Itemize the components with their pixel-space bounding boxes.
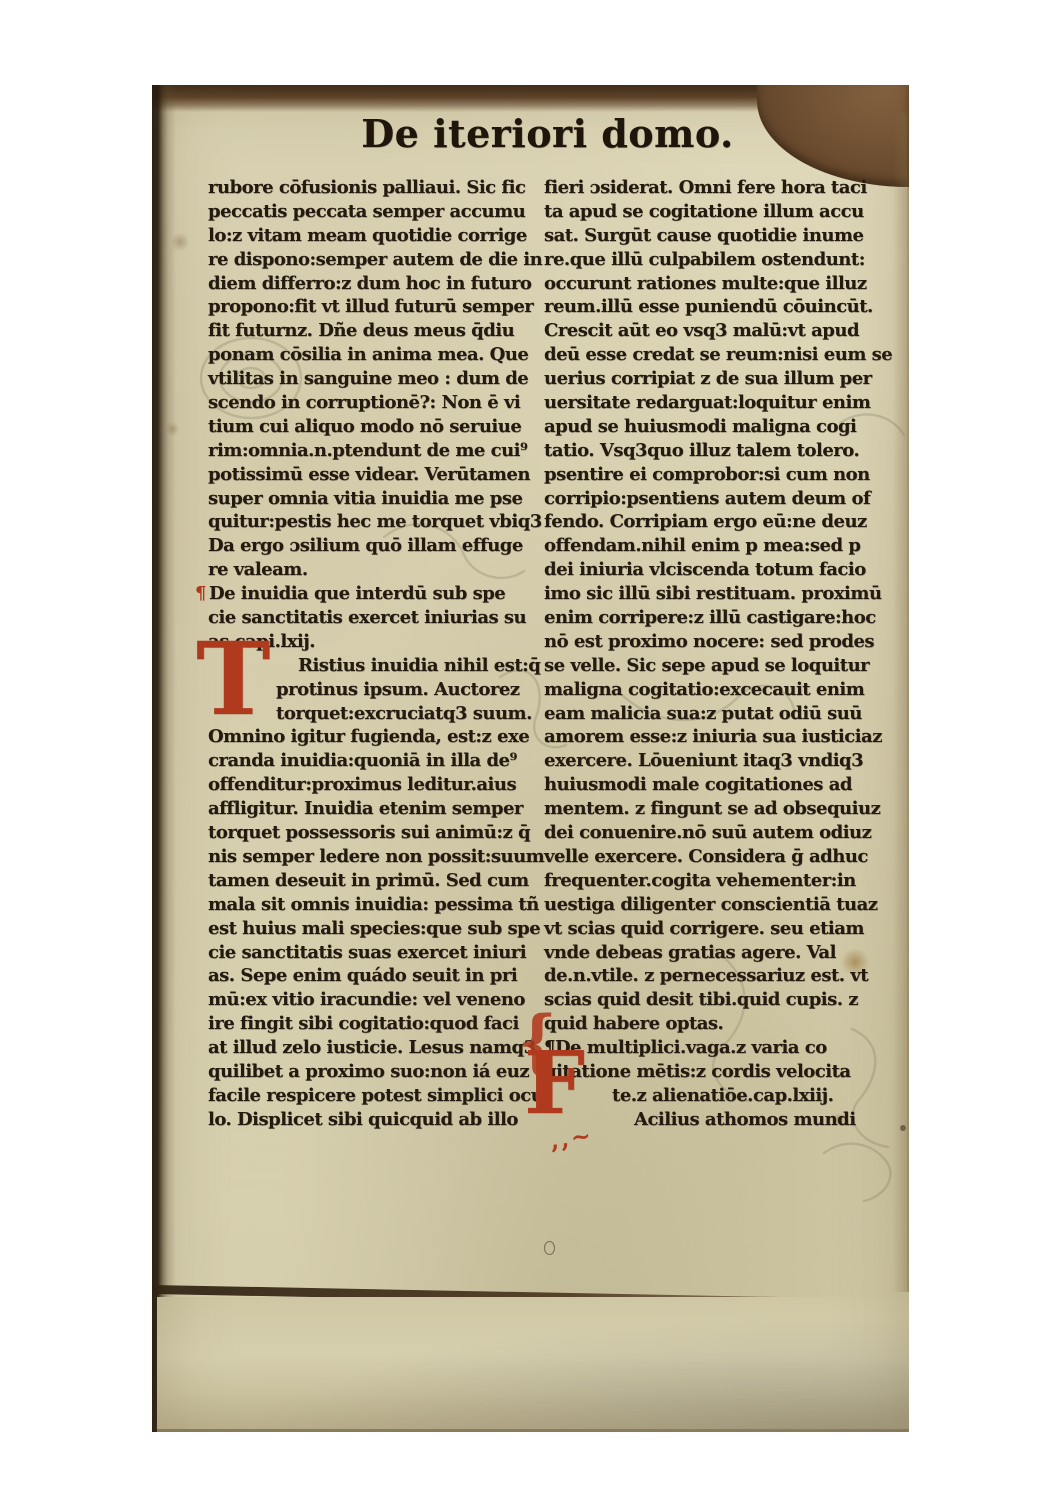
text-line: lo. Displicet sibi quicquid ab illo bbox=[208, 1108, 543, 1132]
text-line: psentire ei comprobor:si cum non bbox=[544, 463, 889, 487]
text-line: corripio:psentiens autem deum of bbox=[544, 487, 889, 511]
text-line: ire fingit sibi cogitatio:quod faci bbox=[208, 1012, 543, 1036]
text-line: peccatis peccata semper accumu bbox=[208, 200, 543, 224]
text-line: scias quid desit tibi.quid cupis. z bbox=[544, 988, 889, 1012]
text-line: diem differro:z dum hoc in futuro bbox=[208, 272, 543, 296]
text-line: Da ergo ɔsilium quō illam effuge bbox=[208, 534, 543, 558]
text-line: rim:omnia.n.ptendunt de me cui⁹ bbox=[208, 439, 543, 463]
text-line: eam malicia sua:z putat odiū suū bbox=[544, 702, 889, 726]
text-line: deū esse credat se reum:nisi eum se bbox=[544, 343, 889, 367]
text-line: vtilitas in sanguine meo : dum de bbox=[208, 367, 543, 391]
text-line: uersitate redarguat:loquitur enim bbox=[544, 391, 889, 415]
right-text-column: fieri ɔsiderat. Omni fere hora tacita ap… bbox=[544, 176, 889, 1132]
text-line: torquet possessoris sui animū:z q̄ bbox=[208, 821, 543, 845]
gutter-shadow bbox=[152, 85, 176, 1432]
text-line: exercere. Lōueniunt itaq3 vndiq3 bbox=[544, 749, 889, 773]
initial-flourish: ,,~ bbox=[548, 1120, 594, 1155]
text-line: ¶De inuidia que interdū sub spe bbox=[195, 582, 543, 606]
text-line: Crescit aūt eo vsq3 malū:vt apud bbox=[544, 319, 889, 343]
text-line: ¶De multiplici.vaga.z varia co bbox=[544, 1036, 889, 1060]
text-line: vnde debeas gratias agere. Val bbox=[544, 941, 889, 965]
text-line: ponam cōsilia in anima mea. Que bbox=[208, 343, 543, 367]
text-line: cie sanctitatis suas exercet iniuri bbox=[208, 941, 543, 965]
text-line: lo:z vitam meam quotidie corrige bbox=[208, 224, 543, 248]
text-line: reum.illū esse puniendū cōuincūt. bbox=[544, 295, 889, 319]
text-line: fendo. Corripiam ergo eū:ne deuz bbox=[544, 510, 889, 534]
text-line: quid habere optas. bbox=[544, 1012, 889, 1036]
text-line: fit futurnz. Dñe deus meus q̄diu bbox=[208, 319, 543, 343]
text-line: gitatione mētis:z cordis velocita bbox=[544, 1060, 889, 1084]
text-line: nō est proximo nocere: sed prodes bbox=[544, 630, 889, 654]
rubric-margin-brace: { bbox=[518, 1005, 557, 1079]
text-line: facile respicere potest simplici ocu bbox=[208, 1084, 543, 1108]
text-line: frequenter.cogita vehementer:in bbox=[544, 869, 889, 893]
text-line: rubore cōfusionis palliaui. Sic fic bbox=[208, 176, 543, 200]
text-line: offenditur:proximus leditur.aius bbox=[208, 773, 543, 797]
text-line: as. Sepe enim quádo seuit in pri bbox=[208, 964, 543, 988]
text-line: quitur:pestis hec me torquet vbiq3 bbox=[208, 510, 543, 534]
text-line: dei iniuria vlciscenda totum facio bbox=[544, 558, 889, 582]
text-line: tamen deseuit in primū. Sed cum bbox=[208, 869, 543, 893]
text-line: huiusmodi male cogitationes ad bbox=[544, 773, 889, 797]
text-line: imo sic illū sibi restituam. proximū bbox=[544, 582, 889, 606]
text-line: velle exercere. Considera ḡ adhuc bbox=[544, 845, 889, 869]
fore-edge-shadow bbox=[893, 113, 909, 1292]
text-line: affligitur. Inuidia etenim semper bbox=[208, 797, 543, 821]
text-line: est huius mali species:que sub spe bbox=[208, 917, 543, 941]
text-line: apud se huiusmodi maligna cogi bbox=[544, 415, 889, 439]
text-line: Acilius athomos mundi bbox=[544, 1108, 889, 1132]
text-line: propono:fit vt illud futurū semper bbox=[208, 295, 543, 319]
small-circle-mark bbox=[544, 1241, 555, 1255]
text-line: enim corripere:z illū castigare:hoc bbox=[544, 606, 889, 630]
running-title: De iteriori domo. bbox=[152, 111, 909, 156]
rubric-pilcrow: ¶ bbox=[195, 583, 206, 604]
text-line: vt scias quid corrigere. seu etiam bbox=[544, 917, 889, 941]
text-line: sat. Surgūt cause quotidie inume bbox=[544, 224, 889, 248]
text-line: offendam.nihil enim p mea:sed p bbox=[544, 534, 889, 558]
text-line: de.n.vtile. z pernecessariuz est. vt bbox=[544, 964, 889, 988]
text-line: quilibet a proximo suo:non iá euz bbox=[208, 1060, 543, 1084]
rubricated-initial-T: T bbox=[196, 638, 270, 720]
text-line: tatio. Vsq3quo illuz talem tolero. bbox=[544, 439, 889, 463]
text-line: amorem esse:z iniuria sua iusticiaz bbox=[544, 725, 889, 749]
text-line: maligna cogitatio:excecauit enim bbox=[544, 678, 889, 702]
text-line: cranda inuidia:quoniā in illa de⁹ bbox=[208, 749, 543, 773]
text-line: te.z alienatiōe.cap.lxiij. bbox=[544, 1084, 889, 1108]
text-line: super omnia vitia inuidia me pse bbox=[208, 487, 543, 511]
text-line: fieri ɔsiderat. Omni fere hora taci bbox=[544, 176, 889, 200]
text-line: se velle. Sic sepe apud se loquitur bbox=[544, 654, 889, 678]
text-line: ta apud se cogitatione illum accu bbox=[544, 200, 889, 224]
underlying-page-edges bbox=[157, 1297, 909, 1432]
text-line: at illud zelo iusticie. Lesus namq3 bbox=[208, 1036, 543, 1060]
text-line: re dispono:semper autem de die in bbox=[208, 248, 543, 272]
text-line: re valeam. bbox=[208, 558, 543, 582]
book-page-photo: De iteriori domo. rubore cōfusionis pall… bbox=[152, 85, 909, 1432]
text-line: dei conuenire.nō suū autem odiuz bbox=[544, 821, 889, 845]
text-line: uestiga diligenter conscientiā tuaz bbox=[544, 893, 889, 917]
text-line: re.que illū culpabilem ostendunt: bbox=[544, 248, 889, 272]
text-line: scendo in corruptionē?: Non ē vi bbox=[208, 391, 543, 415]
text-line: uerius corripiat z de sua illum per bbox=[544, 367, 889, 391]
text-line: tium cui aliquo modo nō seruiue bbox=[208, 415, 543, 439]
text-line: potissimū esse videar. Verūtamen bbox=[208, 463, 543, 487]
text-line: nis semper ledere non possit:suum bbox=[208, 845, 543, 869]
text-line: mala sit omnis inuidia: pessima tñ bbox=[208, 893, 543, 917]
text-line: occurunt rationes multe:que illuz bbox=[544, 272, 889, 296]
text-line: mentem. z fingunt se ad obsequiuz bbox=[544, 797, 889, 821]
text-line: mū:ex vitio iracundie: vel veneno bbox=[208, 988, 543, 1012]
